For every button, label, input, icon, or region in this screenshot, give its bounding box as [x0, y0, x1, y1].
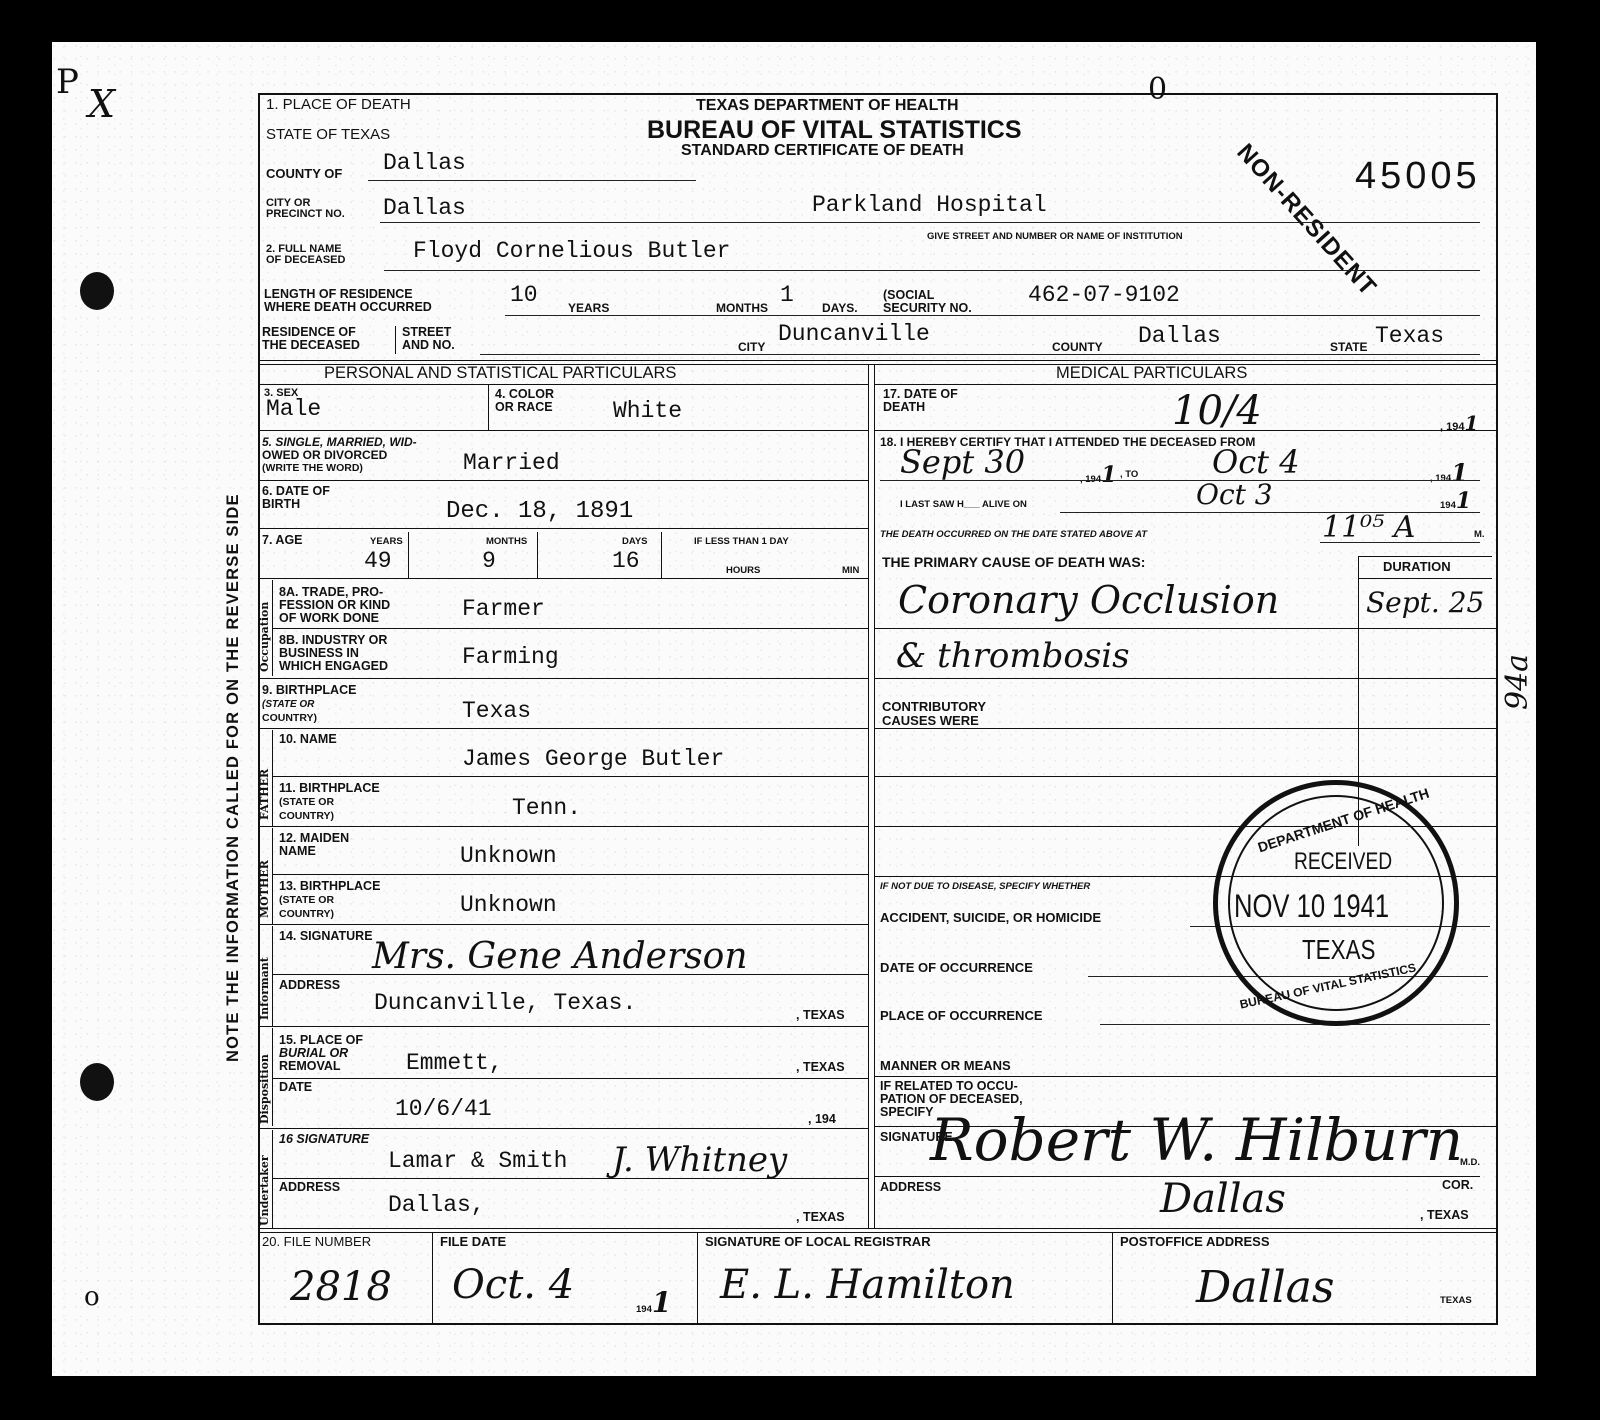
undertaker-address-label: ADDRESS	[279, 1182, 340, 1193]
attended-from: Sept 30	[900, 443, 1025, 481]
last-saw-year: 1941	[1440, 496, 1471, 511]
hours-label: HOURS	[726, 566, 760, 576]
time-suffix: M.	[1474, 530, 1485, 540]
informant-sig-label: 14. SIGNATURE	[279, 931, 373, 942]
informant-side-label: Informant	[258, 957, 271, 1020]
mother-maiden: Unknown	[460, 843, 557, 869]
binder-hole-top	[80, 272, 114, 310]
marital-label: 5. SINGLE, MARRIED, WID-OWED OR DIVORCED…	[262, 436, 417, 475]
ssn-value: 462-07-9102	[1028, 282, 1180, 308]
ssn-label: (SOCIALSECURITY NO.	[883, 289, 972, 315]
residence-city: Duncanville	[778, 321, 930, 347]
race-value: White	[613, 398, 682, 424]
age-years: 49	[364, 548, 392, 574]
place-of-death-label: 1. PLACE OF DEATH	[266, 97, 411, 113]
received-stamp: DEPARTMENT OF HEALTH RECEIVED NOV 10 194…	[1213, 780, 1459, 1026]
duration-value: Sept. 25	[1366, 586, 1484, 619]
residence-brace	[395, 326, 396, 354]
certificate-number: 45005	[1355, 155, 1481, 198]
residence-county: Dallas	[1138, 323, 1221, 349]
registrar-label: SIGNATURE OF LOCAL REGISTRAR	[705, 1236, 931, 1247]
informant-signature: Mrs. Gene Anderson	[372, 936, 748, 977]
margin-mark-x: X	[88, 82, 115, 126]
file-year: 1941	[636, 1298, 671, 1315]
residence-label: RESIDENCE OFTHE DECEASED	[262, 326, 360, 352]
not-disease-label: IF NOT DUE TO DISEASE, SPECIFY WHETHER	[880, 882, 1090, 892]
residence-state: Texas	[1375, 323, 1444, 349]
undertaker-signature: J. Whitney	[612, 1140, 787, 1180]
race-label: 4. COLOROR RACE	[495, 388, 554, 414]
burial-year-suffix: , 194	[808, 1114, 836, 1125]
stamp-date: NOV 10 1941	[1234, 889, 1389, 923]
years-label: YEARS	[568, 303, 609, 314]
section-divider	[258, 360, 1498, 361]
age-years-label: YEARS	[370, 537, 403, 547]
trade-value: Farmer	[462, 596, 545, 622]
street-label: STREETAND NO.	[402, 326, 455, 352]
cause-line-1: Coronary Occlusion	[898, 578, 1279, 622]
undertaker-name: Lamar & Smith	[388, 1148, 567, 1174]
father-name: James George Butler	[462, 746, 724, 772]
residence-length-label: LENGTH OF RESIDENCEWHERE DEATH OCCURRED	[264, 288, 432, 314]
county-underline	[368, 180, 696, 181]
county-label: COUNTY OF	[266, 168, 342, 179]
informant-address: Duncanville, Texas.	[374, 990, 636, 1016]
physician-texas-label: , TEXAS	[1420, 1210, 1469, 1221]
occupation-side-label: Occupation	[258, 602, 271, 672]
city-label: CITY ORPRECINCT NO.	[266, 198, 345, 220]
mother-birthplace: Unknown	[460, 892, 557, 918]
residence-county-label: COUNTY	[1052, 342, 1103, 353]
cor-label: COR.	[1442, 1180, 1473, 1191]
state-of-texas-label: STATE OF TEXAS	[266, 127, 390, 143]
disposition-side-label: Disposition	[258, 1054, 271, 1124]
from-year: , 1941	[1080, 470, 1116, 485]
postoffice-texas-label: TEXAS	[1440, 1296, 1472, 1306]
manner-label: MANNER OR MEANS	[880, 1060, 1011, 1071]
margin-annotation-94a: 94a	[1500, 654, 1535, 710]
dod-label: 17. DATE OFDEATH	[883, 388, 958, 414]
county-value: Dallas	[383, 150, 466, 176]
burial-date: 10/6/41	[395, 1096, 492, 1122]
father-side-label: FATHER	[258, 769, 271, 820]
cause-label: THE PRIMARY CAUSE OF DEATH WAS:	[882, 557, 1145, 568]
informant-texas-label: , TEXAS	[796, 1010, 845, 1021]
age-label: 7. AGE	[262, 535, 303, 546]
sex-value: Male	[266, 396, 321, 422]
physician-signature: Robert W. Hilburn	[930, 1106, 1463, 1174]
age-months: 9	[482, 548, 496, 574]
deceased-name: Floyd Cornelious Butler	[413, 238, 730, 264]
city-value: Dallas	[383, 195, 466, 221]
trade-label: 8A. TRADE, PRO-FESSION OR KINDOF WORK DO…	[279, 586, 390, 625]
father-name-label: 10. NAME	[279, 734, 337, 745]
undertaker-sig-label: 16 SIGNATURE	[279, 1134, 369, 1145]
personal-section-title: PERSONAL AND STATISTICAL PARTICULARS	[324, 365, 676, 381]
registrar-signature: E. L. Hamilton	[720, 1262, 1015, 1308]
accident-label: ACCIDENT, SUICIDE, OR HOMICIDE	[880, 912, 1101, 923]
father-birthplace-label: 11. BIRTHPLACE(STATE ORCOUNTRY)	[279, 782, 380, 823]
file-number: 2818	[290, 1264, 392, 1310]
dept-title: TEXAS DEPARTMENT OF HEALTH	[696, 98, 959, 114]
father-birthplace: Tenn.	[512, 795, 581, 821]
institution-label: GIVE STREET AND NUMBER OR NAME OF INSTIT…	[927, 232, 1183, 242]
time-label: THE DEATH OCCURRED ON THE DATE STATED AB…	[880, 530, 1147, 540]
cause-line-2: & thrombosis	[896, 636, 1130, 676]
to-label: , TO	[1120, 470, 1138, 480]
occurrence-place-label: PLACE OF OCCURRENCE	[880, 1010, 1043, 1021]
postoffice-value: Dallas	[1196, 1262, 1334, 1313]
burial-place: Emmett,	[406, 1050, 503, 1076]
file-number-label: 20. FILE NUMBER	[262, 1236, 371, 1247]
marital-value: Married	[463, 450, 560, 476]
bureau-title: BUREAU OF VITAL STATISTICS	[647, 117, 1022, 143]
residence-months: 1	[780, 282, 794, 308]
days-label: DAYS.	[822, 303, 858, 314]
undertaker-texas-label: , TEXAS	[796, 1212, 845, 1223]
mother-birthplace-label: 13. BIRTHPLACE(STATE ORCOUNTRY)	[279, 880, 380, 921]
residence-years: 10	[510, 282, 538, 308]
death-time: 11⁰⁵ A	[1322, 510, 1415, 545]
duration-label: DURATION	[1383, 561, 1451, 572]
certificate-title: STANDARD CERTIFICATE OF DEATH	[681, 143, 964, 159]
dob-label: 6. DATE OFBIRTH	[262, 485, 330, 511]
dod-value: 10/4	[1172, 388, 1262, 434]
stamp-received: RECEIVED	[1294, 849, 1392, 875]
column-divider	[868, 364, 869, 1228]
institution-value: Parkland Hospital	[812, 192, 1047, 218]
mother-side-label: MOTHER	[258, 860, 271, 918]
residence-city-underline	[480, 354, 1480, 355]
occurrence-date-label: DATE OF OCCURRENCE	[880, 962, 1033, 973]
stamp-state: TEXAS	[1302, 935, 1375, 965]
file-date-label: FILE DATE	[440, 1236, 506, 1247]
undertaker-address: Dallas,	[388, 1192, 485, 1218]
burial-label: 15. PLACE OFBURIAL ORREMOVAL	[279, 1034, 363, 1073]
age-days-label: DAYS	[622, 537, 648, 547]
physician-address: Dallas	[1160, 1176, 1286, 1222]
column-divider-2	[874, 364, 875, 1228]
last-saw-label: I LAST SAW H___ ALIVE ON	[900, 500, 1027, 510]
to-year: , 1941	[1430, 468, 1468, 484]
undertaker-side-label: Undertaker	[258, 1155, 271, 1226]
attended-to: Oct 4	[1212, 443, 1300, 481]
margin-mark-p: P	[56, 62, 79, 102]
age-months-label: MONTHS	[486, 537, 527, 547]
residence-city-label: CITY	[738, 342, 765, 353]
informant-address-label: ADDRESS	[279, 980, 340, 991]
age-days: 16	[612, 548, 640, 574]
min-label: MIN	[842, 566, 859, 576]
name-underline	[384, 270, 1480, 271]
burial-date-label: DATE	[279, 1082, 312, 1093]
md-label: M.D.	[1460, 1158, 1480, 1168]
birthplace-label: 9. BIRTHPLACE(STATE ORCOUNTRY)	[262, 684, 356, 725]
residence-underline	[505, 315, 1480, 316]
burial-texas-label: , TEXAS	[796, 1062, 845, 1073]
binder-hole-bottom	[80, 1063, 114, 1101]
full-name-label: 2. FULL NAMEOF DECEASED	[266, 244, 345, 266]
margin-circle-bottom: o	[84, 1282, 100, 1312]
side-note: NOTE THE INFORMATION CALLED FOR ON THE R…	[224, 493, 243, 1062]
dob-value: Dec. 18, 1891	[446, 498, 633, 525]
last-saw-date: Oct 3	[1196, 478, 1273, 511]
medical-section-title: MEDICAL PARTICULARS	[1056, 365, 1247, 381]
postoffice-label: POSTOFFICE ADDRESS	[1120, 1236, 1270, 1247]
file-date: Oct. 4	[452, 1262, 574, 1308]
residence-state-label: STATE	[1330, 342, 1368, 353]
less-than-day-label: IF LESS THAN 1 DAY	[694, 537, 789, 547]
industry-label: 8B. INDUSTRY ORBUSINESS INWHICH ENGAGED	[279, 634, 388, 673]
contributory-label: CONTRIBUTORYCAUSES WERE	[882, 700, 986, 728]
months-label: MONTHS	[716, 303, 768, 314]
city-underline	[380, 222, 1480, 223]
physician-address-label: ADDRESS	[880, 1182, 941, 1193]
birthplace-value: Texas	[462, 698, 531, 724]
mother-maiden-label: 12. MAIDENNAME	[279, 832, 349, 858]
industry-value: Farming	[462, 644, 559, 670]
